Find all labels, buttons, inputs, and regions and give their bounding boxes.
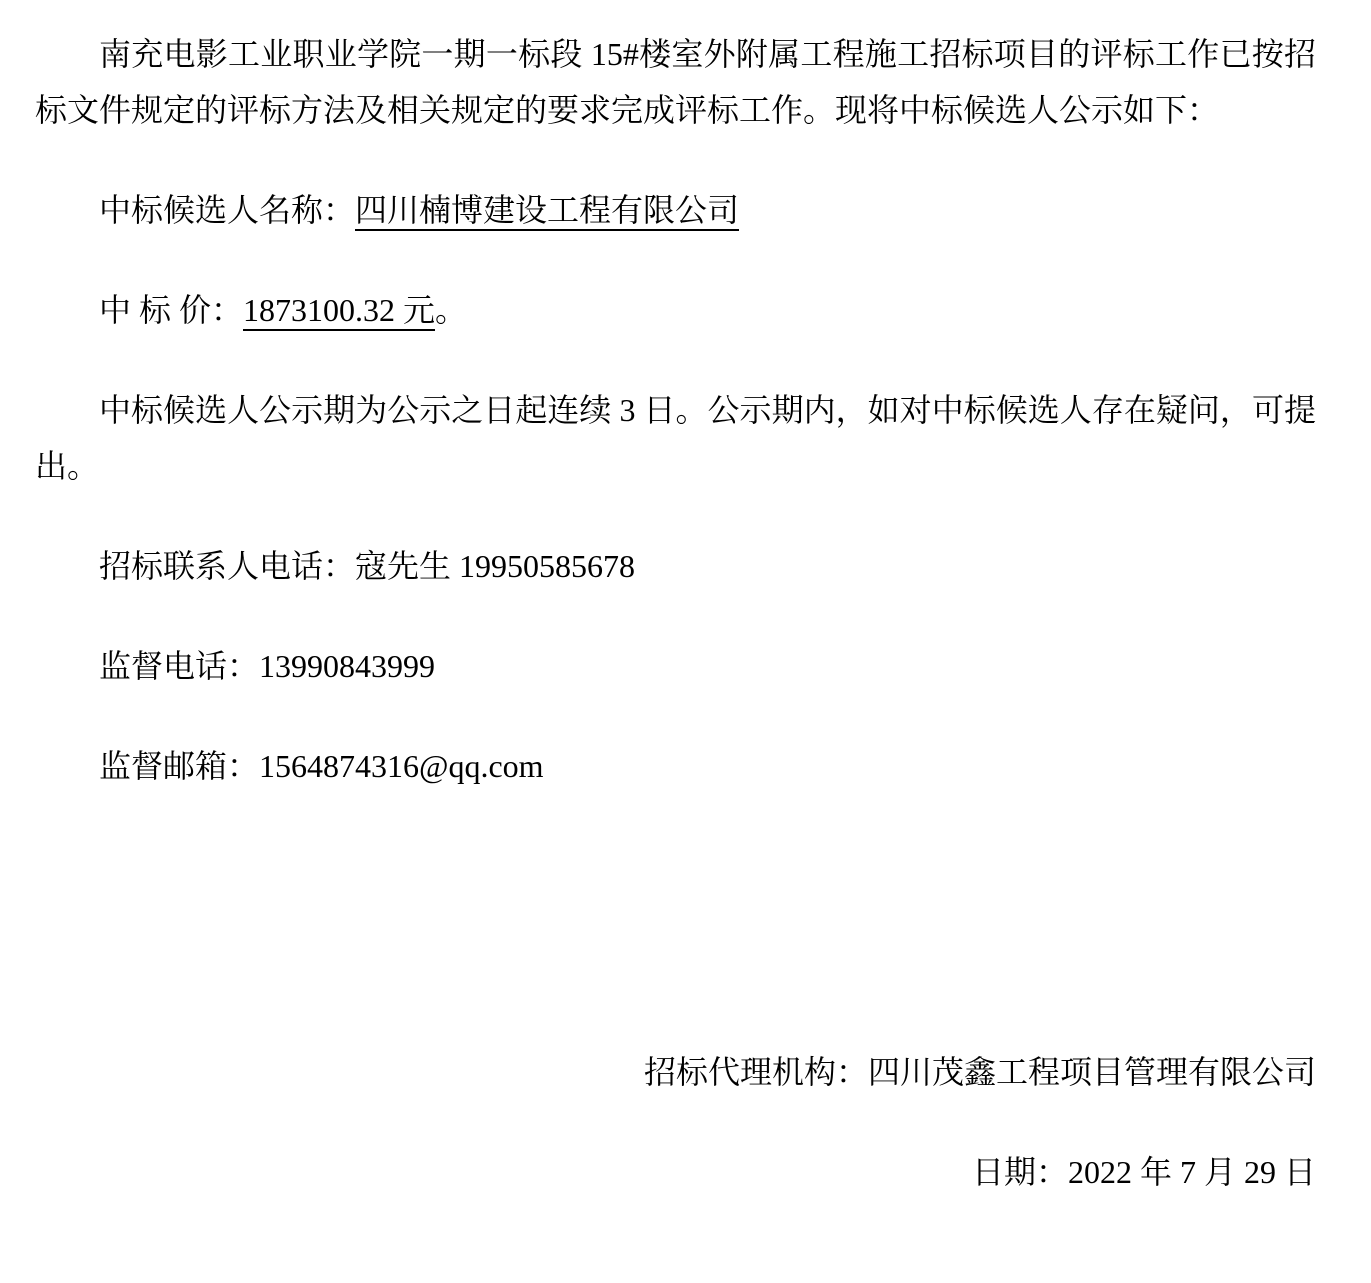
supervise-phone-line: 监督电话：13990843999	[35, 638, 1316, 694]
bid-price-label: 中 标 价：	[99, 292, 243, 328]
candidate-label: 中标候选人名称：	[99, 192, 355, 228]
candidate-name: 四川楠博建设工程有限公司	[355, 192, 739, 231]
bid-price-line: 中 标 价：1873100.32 元。	[35, 282, 1316, 338]
document-page: 南充电影工业职业学院一期一标段 15#楼室外附属工程施工招标项目的评标工作已按招…	[0, 0, 1371, 1283]
bid-price-value: 1873100.32 元	[243, 292, 435, 331]
contact-phone-line: 招标联系人电话：寇先生 19950585678	[35, 538, 1316, 594]
date-line: 日期：2022 年 7 月 29 日	[35, 1144, 1316, 1200]
intro-paragraph: 南充电影工业职业学院一期一标段 15#楼室外附属工程施工招标项目的评标工作已按招…	[35, 26, 1316, 138]
publicity-paragraph: 中标候选人公示期为公示之日起连续 3 日。公示期内，如对中标候选人存在疑问，可提…	[35, 382, 1316, 494]
supervise-email-line: 监督邮箱：1564874316@qq.com	[35, 738, 1316, 794]
candidate-line: 中标候选人名称：四川楠博建设工程有限公司	[35, 182, 1316, 238]
bid-price-period: 。	[435, 292, 467, 328]
agency-line: 招标代理机构：四川茂鑫工程项目管理有限公司	[35, 1044, 1316, 1100]
